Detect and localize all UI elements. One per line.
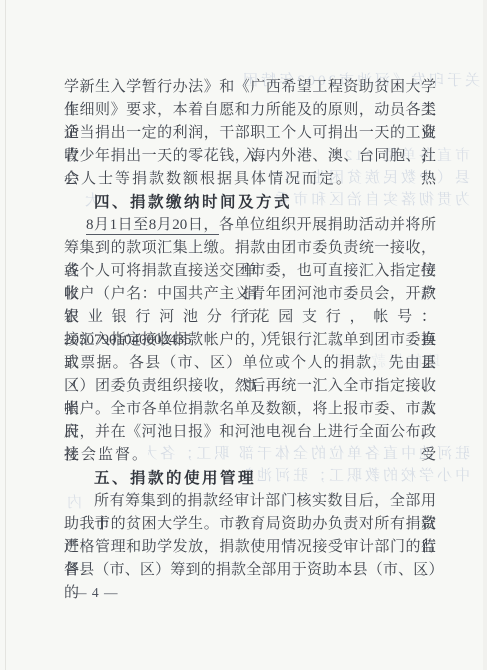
text-line: 式票据。各县（市、区）单位或个人的捐款，先由县（市、 (64, 352, 436, 375)
text-line: 各县（市、区）筹到的捐款全部用于资助本县（市、区）的 (64, 559, 436, 582)
underlined-date: 8月1日至8月20日， (86, 217, 219, 235)
text-line: 严格管理和助学发放，捐款使用情况接受审计部门的监督。 (64, 536, 436, 559)
text-line: 学新生入学暂行办法》和《广西希望工程资助贫困大学生工 (64, 76, 436, 99)
text-line: 8月1日至8月20日，各单位组织开展捐助活动并将所 (64, 214, 436, 237)
text-line: 助我市的贫困大学生。市教育局资助办负责对所有捐款进行 (64, 513, 436, 536)
text-block: 学新生入学暂行办法》和《广西希望工程资助贫困大学生工作细则》要求，本着自愿和力所… (64, 76, 436, 582)
text-line: 帐户。全市各单位捐款名单及数额，将上报市委、市人民政 (64, 398, 436, 421)
text-line: 农业银行河池分行花园支行，帐号：20507901040002435）。直 (64, 306, 436, 329)
text-line: 筹集到的款项汇集上缴。捐款由团市委负责统一接收，各单位 (64, 237, 436, 260)
text-line: 接汇入指定接收捐款帐户的，凭银行汇款单到团市委换取正 (64, 329, 436, 352)
text-line: 帐户（户名：中国共产主义青年团河池市委员会，开户银行： (64, 283, 436, 306)
section-heading: 四、捐款缴纳时间及方式 (64, 191, 436, 214)
document-page: 关于印发《河池市2002年特困市直各单位 2128县（少数民族贫困生 115为贯… (0, 0, 487, 670)
text-line: 适当捐出一定的利润，干部职工个人可捐出一天的工资收入， (64, 122, 436, 145)
page-number: — 4 — (73, 585, 119, 601)
text-line: 府，并在《河池日报》和河池电视台上进行全面公布，接受 (64, 421, 436, 444)
text-line: 或个人可将捐款直接送交团市委，也可直接汇入指定接收捐款 (64, 260, 436, 283)
text-line: 区）团委负责组织接收，然后再统一汇入全市指定接收捐款 (64, 375, 436, 398)
text-line: 所有筹集到的捐款经审计部门核实数目后，全部用于资 (64, 490, 436, 513)
section-heading: 五、捐款的使用管理 (64, 467, 436, 490)
text-line: 青少年捐出一天的零花钱，海内外港、澳、台同胞、社会热 (64, 145, 436, 168)
text-line: 作细则》要求，本着自愿和力所能及的原则，动员各类企业 (64, 99, 436, 122)
